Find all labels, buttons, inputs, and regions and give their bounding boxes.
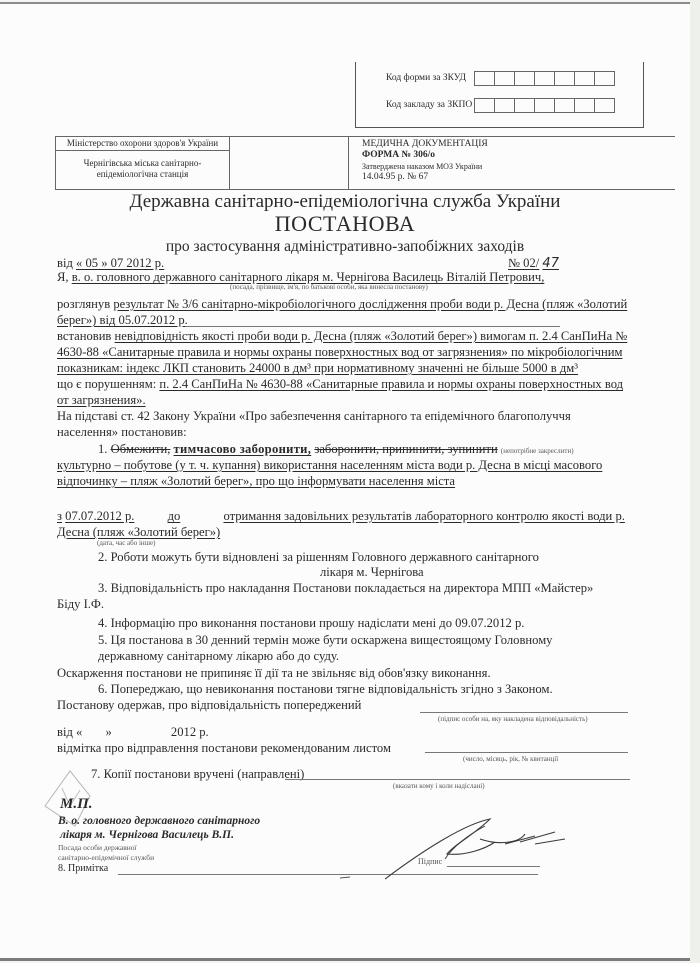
item2-line2: лікаря м. Чернігова bbox=[320, 565, 424, 580]
received-signature-line[interactable] bbox=[420, 712, 628, 713]
date-prefix: від bbox=[57, 256, 73, 270]
note-label: 8. Примітка bbox=[58, 863, 108, 874]
item1-to-prefix: до bbox=[168, 509, 221, 523]
basis-line1: На підставі ст. 42 Закону України «Про з… bbox=[57, 409, 571, 424]
violation-line1: п. 2.4 СанПиНа № 4630-88 «Санитарные пра… bbox=[159, 377, 623, 391]
approval-text: Затверджена наказом МОЗ України bbox=[362, 161, 675, 172]
mailed-caption: (число, місяць, рік, № квитанції bbox=[463, 755, 558, 763]
item5-line1: 5. Ця постанова в 30 денний термін може … bbox=[98, 633, 552, 648]
document-page: Код форми за ЗКУД Код закладу за ЗКПО Мі… bbox=[0, 2, 690, 961]
received-caption: (підпис особи на, яку накладена відповід… bbox=[438, 715, 588, 723]
received-date-prefix: від « bbox=[57, 725, 82, 739]
document-number-handwritten: 47 bbox=[542, 256, 589, 271]
position-caption-line2: санітарно-епідемічної служби bbox=[58, 853, 154, 862]
position-line2: лікаря м. Чернігова Василець В.П. bbox=[60, 829, 234, 841]
established-line1: невідповідність якості проби води р. Дес… bbox=[115, 329, 628, 343]
issuer-prefix: Я, bbox=[57, 270, 69, 284]
established-line2: 4630-88 «Санитарные правила и нормы охра… bbox=[57, 345, 622, 360]
station-name-line2: епідеміологічна станція bbox=[56, 169, 229, 180]
item5-line2: державному санітарному лікарю або до суд… bbox=[98, 649, 339, 664]
position-line1: В. о. головного державного санітарного bbox=[58, 815, 260, 827]
copies-caption: (вказати кому і коли надіслані) bbox=[393, 782, 485, 790]
mailed-label: відмітка про відправлення постанови реко… bbox=[57, 741, 391, 756]
item1-period: з 07.07.2012 р. до отримання задовільних… bbox=[57, 509, 625, 524]
received-label: Постанову одержав, про відповідальність … bbox=[57, 698, 361, 713]
copies-label: 7. Копії постанови вручені (направлені) bbox=[91, 767, 304, 782]
institution-code-label: Код закладу за ЗКПО bbox=[386, 100, 472, 110]
item3-line2: Біду І.Ф. bbox=[57, 597, 104, 612]
approval-date: 14.04.95 р. № 67 bbox=[362, 172, 675, 183]
item1-from-date: 07.07.2012 р. bbox=[65, 509, 134, 523]
basis-line2: населення» постановив: bbox=[57, 425, 187, 440]
header-table: Міністерство охорони здоров'я України Че… bbox=[55, 136, 675, 190]
document-subject: про застосування адміністративно-запобіж… bbox=[0, 238, 690, 256]
handwritten-signature-icon bbox=[385, 814, 585, 884]
item4: 4. Інформацію про виконання постанови пр… bbox=[98, 616, 524, 631]
item1-line3: відпочинку – пляж «Золотий берег», про щ… bbox=[57, 474, 455, 489]
item1-to-value: отримання задовільних результатів лабора… bbox=[223, 509, 624, 523]
violation-line2: от загрязнения». bbox=[57, 393, 146, 408]
service-title: Державна санітарно-епідеміологічна служб… bbox=[0, 191, 690, 213]
form-code-label: Код форми за ЗКУД bbox=[386, 73, 466, 83]
item1-choices: 1. Обмежити, тимчасово заборонити, забор… bbox=[98, 442, 574, 457]
blank-cell bbox=[228, 137, 349, 189]
form-number: ФОРМА № 306/о bbox=[362, 150, 675, 161]
copies-line[interactable] bbox=[285, 779, 630, 780]
item1-chosen-option: тимчасово заборонити, bbox=[174, 442, 312, 456]
ministry-cell: Міністерство охорони здоров'я України Че… bbox=[55, 137, 230, 189]
item6: 6. Попереджаю, що невиконання постанови … bbox=[98, 682, 553, 697]
received-date: від « » 2012 р. bbox=[57, 725, 209, 740]
pen-stroke-icon bbox=[240, 876, 360, 896]
item1-number: 1. bbox=[98, 442, 107, 456]
violation-prefix: що є порушенням: bbox=[57, 377, 156, 391]
item2-line1: 2. Роботи можуть бути відновлені за ріше… bbox=[98, 550, 539, 565]
item1-struck-options: заборонити, припинити, зупинити bbox=[314, 442, 497, 456]
item3-line1: 3. Відповідальність про накладання Поста… bbox=[98, 581, 593, 596]
item1-to-value2: Десна (пляж «Золотий берег») bbox=[57, 525, 220, 540]
seal-label: М.П. bbox=[60, 796, 93, 813]
item1-hint: (непотрібне закреслити) bbox=[501, 447, 574, 455]
item1-line2: культурно – побутове (у т. ч. купання) в… bbox=[57, 458, 602, 473]
established-line3: показникам: індекс ЛКП становить 24000 в… bbox=[57, 361, 578, 376]
reviewed-line2: берег») від 05.07.2012 р. bbox=[57, 313, 188, 328]
established-prefix: встановив bbox=[57, 329, 111, 343]
item1-caption: (дата, час або інше) bbox=[97, 539, 156, 547]
mailed-line[interactable] bbox=[425, 752, 628, 753]
issuer-caption: (посада, прізвище, ім'я, по батькові осо… bbox=[230, 283, 428, 291]
page-edge bbox=[690, 0, 700, 963]
form-code-cells bbox=[474, 71, 614, 86]
station-name-line1: Чернігівська міська санітарно- bbox=[56, 158, 229, 169]
received-date-close: » bbox=[105, 725, 111, 739]
reviewed-prefix: розглянув bbox=[57, 297, 110, 311]
document-number-prefix: № 02/ bbox=[508, 256, 539, 270]
form-code-box: Код форми за ЗКУД Код закладу за ЗКПО bbox=[355, 62, 644, 128]
institution-code-cells bbox=[474, 98, 614, 113]
reviewed-line1: результат № 3/6 санітарно-мікробіологічн… bbox=[113, 297, 627, 311]
position-caption-line1: Посада особи державної bbox=[58, 843, 137, 852]
appeal-note: Оскарження постанови не припиняє її дії … bbox=[57, 666, 491, 681]
med-doc-label: МЕДИЧНА ДОКУМЕНТАЦІЯ bbox=[362, 139, 675, 150]
form-info-cell: МЕДИЧНА ДОКУМЕНТАЦІЯ ФОРМА № 306/о Затве… bbox=[348, 137, 675, 189]
issuer-value: в. о. головного державного санітарного л… bbox=[72, 270, 545, 284]
document-title: ПОСТАНОВА bbox=[0, 211, 690, 237]
document-date: « 05 » 07 2012 р. bbox=[76, 256, 164, 270]
received-year: 2012 р. bbox=[171, 725, 209, 739]
item1-struck-option: Обмежити, bbox=[111, 442, 171, 456]
ministry-name: Міністерство охорони здоров'я України bbox=[56, 137, 229, 151]
item1-from-prefix: з bbox=[57, 509, 62, 523]
